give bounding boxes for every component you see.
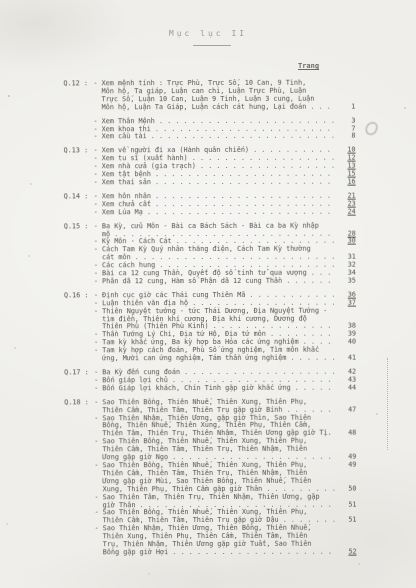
scan-artifact-specks	[8, 95, 10, 97]
scan-artifact-scribble	[364, 121, 378, 137]
toc-entry-text: - Xem thai sản	[94, 179, 151, 187]
dot-leader: . . . . . . . . . . . . . . . . . . . . …	[143, 208, 334, 216]
title-underline	[193, 45, 231, 46]
toc-entry-text: - Bốn Giáp lợi khách, Chín Tinh gặp giờ …	[94, 385, 290, 393]
page-number: 35	[334, 278, 356, 286]
toc-section-label: Q.17 :	[64, 369, 94, 377]
page-number: 51	[335, 517, 357, 525]
toc-section-label: Q.15 :	[64, 223, 94, 231]
page-number: 24	[334, 208, 356, 216]
toc-entry-text: - Xem Lúa Mạ	[94, 209, 143, 217]
page-number: 1	[333, 103, 355, 111]
toc-body: Q.12 :- Xem mệnh tính : Trực Phù, Trực S…	[63, 80, 356, 558]
dot-leader: . . . . . . . . . . . . . . . . . . . . …	[245, 292, 334, 300]
toc-row: - Xem cầu tài . . . . . . . . . . . . . …	[64, 133, 356, 142]
dot-leader: . . . . . . . . . . . . . . . . . . . . …	[282, 278, 334, 286]
dot-leader: . . . . . . . . . . . . . . . . . . . . …	[135, 501, 334, 509]
toc-row: Bồng gặp giờ Hợi . . . . . . . . . . . .…	[65, 549, 357, 558]
page-number: 44	[334, 384, 356, 392]
dot-leader: . . . . . . . . . . . . . . . . . . . . …	[306, 103, 333, 111]
dot-leader: . . . . . . . . . . . . . . . . . . . . …	[151, 179, 334, 187]
toc-entry-text: Bồng gặp giờ Hợi	[95, 549, 169, 557]
page-number: 41	[334, 355, 356, 363]
dot-leader: . . . . . . . . . . . . . . . . . . . . …	[172, 238, 334, 246]
toc-section-label: Q.12 :	[63, 80, 93, 88]
page-number: 40	[334, 339, 356, 347]
page-column-header: Trang	[298, 62, 319, 70]
toc-section-label: Q.18 :	[64, 399, 94, 407]
toc-entry-text: ứng, Mười can ứng nghiệm, Tám thần ứng n…	[94, 355, 286, 363]
dot-leader: . . . . . . . . . . . . . . . . . . . . …	[188, 299, 334, 307]
dot-leader: . . . . . . . . . . . . . . . . . . . . …	[266, 331, 334, 339]
dot-leader: . . . . . . . . . . . . . . . . . . . . …	[168, 454, 334, 462]
toc-entry-text: Môn hộ, Luận Ta Giáp, Luận cách cát hung…	[93, 103, 306, 111]
dot-leader: . . . . . . . . . . . . . . . . . . . . …	[286, 355, 334, 363]
toc-entry-text: - Phân dã 12 cung, Hàm số Phận dã 12 cun…	[94, 278, 282, 286]
toc-entry-text: - Xem cầu tài	[94, 134, 147, 142]
dot-leader: . . . . . . . . . . . . . . . . . . . . …	[279, 517, 335, 525]
dot-leader: . . . . . . . . . . . . . . . . . . . . …	[262, 485, 334, 493]
page-number: 30	[334, 238, 356, 246]
dot-leader: . . . . . . . . . . . . . . . . . . . . …	[249, 147, 334, 155]
toc-row: - Xem thai sản . . . . . . . . . . . . .…	[64, 179, 356, 188]
page-number: 16	[334, 179, 356, 187]
toc-row: Môn hộ, Luận Ta Giáp, Luận cách cát hung…	[63, 103, 355, 112]
dot-leader: . . . . . . . . . . . . . . . . . . . . …	[291, 384, 335, 392]
dot-leader: . . . . . . . . . . . . . . . . . . . . …	[307, 270, 334, 278]
page-number: 47	[334, 406, 356, 414]
dot-leader: . . . . . . . . . . . . . . . . . . . . …	[282, 406, 334, 414]
page-title: Mục lục II	[0, 29, 416, 38]
toc-section-label: Q.16 :	[64, 292, 94, 300]
toc-row: - Bốn Giáp lợi khách, Chín Tinh gặp giờ …	[64, 384, 356, 393]
page-number: 37	[334, 299, 356, 307]
page-number: 49	[334, 462, 356, 470]
toc-section-label: Q.13 :	[64, 148, 94, 156]
page-number: 48	[334, 430, 356, 438]
page-number: 50	[334, 485, 356, 493]
toc-row: ứng, Mười can ứng nghiệm, Tám thần ứng n…	[64, 355, 356, 364]
page-number: 8	[334, 133, 356, 141]
scan-artifact-dotted-line	[387, 358, 388, 450]
toc-row: - Xem Lúa Mạ . . . . . . . . . . . . . .…	[64, 208, 356, 217]
toc-row: - Phân dã 12 cung, Hàm số Phận dã 12 cun…	[64, 278, 356, 287]
page-number: 51	[334, 501, 356, 509]
scanned-page: Mục lục II Trang Q.12 :- Xem mệnh tính :…	[0, 0, 416, 588]
dot-leader: . . . . . . . . . . . . . . . . . . . . …	[147, 133, 334, 141]
toc-section-label: Q.14 :	[64, 193, 94, 201]
page-number: 52	[335, 549, 357, 557]
dot-leader: . . . . . . . . . . . . . . . . . . . . …	[168, 549, 334, 557]
dot-leader: . . . . . . . . . . . . . . . . . . . . …	[299, 339, 334, 347]
